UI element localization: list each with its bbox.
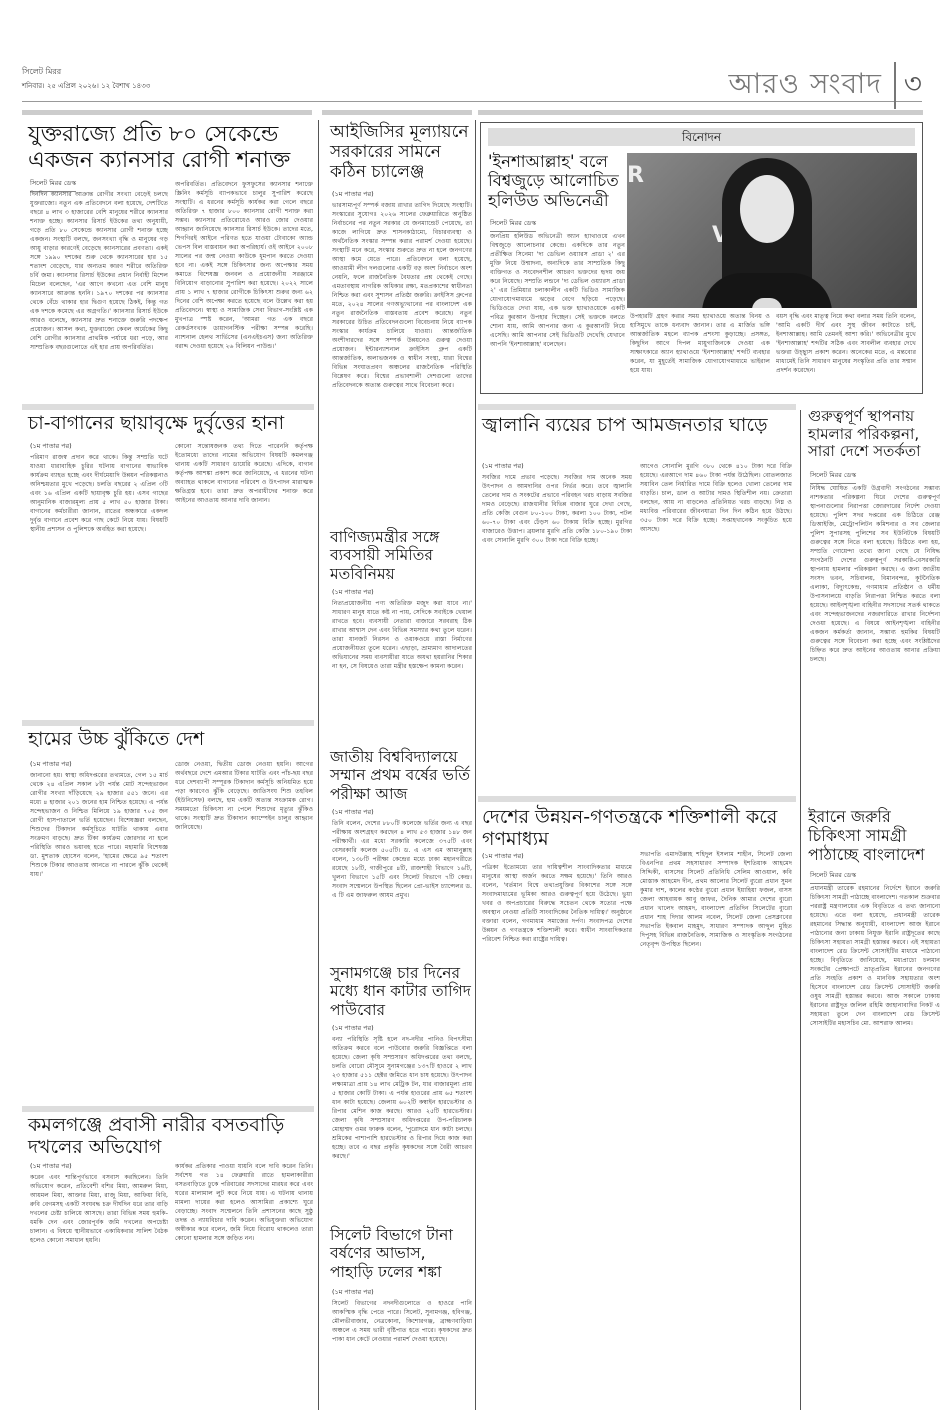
continued-label: (১ম পাতার পর) [482,852,632,861]
headline-sylhet-rain[interactable]: সিলেট বিভাগে টানা বর্ষণের আভাস, পাহাড়ি … [330,1226,472,1281]
article-text: ভারসাম্যপূর্ণ সম্পর্ক বজায় রাখার তাগিদ … [332,201,472,390]
article-body: (১ম পাতার পর) পরিমাণ রাজস্ব প্রদান করে থ… [30,442,168,712]
backdrop-letter: R [627,163,644,188]
continued-label: (১ম পাতার পর) [482,462,632,471]
photo-face [740,175,794,243]
article-body: বয়স বৃদ্ধি এবং মাতৃত্ব নিয়ে কথা বলার স… [776,312,916,392]
article-text: জানানো হয়। স্বাস্থ্য অধিদপ্তরের তথ্যমতে… [30,771,168,879]
masthead: সিলেট মিরর শনিবার। ২৫ এপ্রিল ২০২৬। ১২ বৈ… [22,62,922,102]
divider [322,110,472,115]
article-body: নিষিদ্ধ ঘোষিত একটি উগ্রবাদী সংগঠনের সম্ভ… [810,484,940,794]
headline-tea-garden[interactable]: চা-বাগানের ছায়াবৃক্ষে দুর্বৃত্তের হানা [28,412,318,434]
article-text: নিত্যপ্রয়োজনীয় পণ্য অতিরিক্ত মজুদ করা … [332,599,472,671]
headline-kamalganj[interactable]: কমলগঞ্জে প্রবাসী নারীর বসতবাড়ি দখলের অভ… [28,1114,318,1159]
divider [22,404,314,410]
article-body: প্রধানমন্ত্রী তারেক রহমানের নির্দেশে ইরা… [810,884,940,1409]
article-text: করেন এবং শান্তিপূর্ণভাবে বসবাস করছিলেন। … [30,1173,168,1245]
article-text: সবজির দামে প্রভাব পড়েছে। সবজির দাম অনেক… [482,473,632,545]
article-body: উপহারটি গ্রহণ করার সময় হ্যাথাওয়ে অত্যন… [630,312,770,392]
headline-security[interactable]: গুরুত্বপূর্ণ স্থাপনায় হামলার পরিকল্পনা,… [808,408,943,461]
article-body: (১ম পাতার পর) পত্রিকা ইতোমধ্যে তার দায়ি… [482,852,632,1407]
headline-measles[interactable]: হামের উচ্চ ঝুঁকিতে দেশ [28,728,318,750]
article-text: তিনি বলেন, দেশের ৮৮০টি কলেজে ভর্তির জন্য… [332,819,472,900]
divider [478,110,923,115]
article-body: অপরিবর্তিত। প্রতিবেদনে ফুসফুসের ক্যানসার… [175,180,313,395]
article-text: পত্রিকা ইতোমধ্যে তার দায়িত্বশীল সাংবাদি… [482,863,632,944]
continued-label: (১ম পাতার পর) [332,588,472,597]
divider [478,404,796,410]
divider [22,110,312,115]
date-line: শনিবার। ২৫ এপ্রিল ২০২৬। ১২ বৈশাখ ১৪৩৩ [22,80,150,92]
article-text: বন্যা পরিস্থিতি সৃষ্টি হলে নদ-নদীর পানিও… [332,1035,472,1161]
article-body: (১ম পাতার পর) ভারসাম্যপূর্ণ সম্পর্ক বজায… [332,190,472,510]
headline-iran[interactable]: ইরানে জরুরি চিকিৎসা সামগ্রী পাঠাচ্ছে বাং… [808,808,943,865]
divider [22,1106,314,1112]
headline-national-university[interactable]: জাতীয় বিশ্ববিদ্যালয়ে সম্মান প্রথম বর্ষ… [330,748,472,803]
section-title: আরও সংবাদ [728,62,882,109]
column-rule [800,410,801,1410]
article-body: কোনো সন্তোষজনক তথ্য দিতে পারেননি কর্তৃপক… [175,442,313,712]
article-body: (১ম পাতার পর) বন্যা পরিস্থিতি সৃষ্টি হলে… [332,1024,472,1224]
article-body: (১ম পাতার পর) সবজির দামে প্রভাব পড়েছে। … [482,462,632,772]
headline-igc[interactable]: আইজিসির মূল্যায়নে সরকারের সামনে কঠিন চ্… [330,122,472,182]
continued-label: (১ম পাতার পর) [30,760,168,769]
article-body: (১ম পাতার পর) তিনি বলেন, দেশের ৮৮০টি কলে… [332,808,472,958]
byline: সিলেট মিরর ডেস্ক [810,870,856,884]
article-text: সিলেট বিভাগের নদনদীগুলোতে ও হাওরে পানি আ… [332,1299,472,1344]
headline-fuel[interactable]: জ্বালানি ব্যয়ের চাপ আমজনতার ঘাড়ে [482,414,782,436]
divider [22,720,314,726]
article-body: (১ম পাতার পর) সিলেট বিভাগের নদনদীগুলোতে … [332,1288,472,1408]
headline-commerce[interactable]: বাণিজ্যমন্ত্রীর সঙ্গে ব্যবসায়ী সমিতির ম… [330,528,472,583]
article-body: (১ম পাতার পর) জানানো হয়। স্বাস্থ্য অধিদ… [30,760,168,1100]
continued-label: (১ম পাতার পর) [332,1024,472,1033]
article-body: ডোজ নেওয়া, দ্বিতীয় ডোজ নেওয়া হয়নি। আ… [175,760,313,1100]
actress-photo: R VAN [627,153,917,308]
divider [478,796,796,802]
article-body: (১ম পাতার পর) করেন এবং শান্তিপূর্ণভাবে ব… [30,1162,168,1407]
article-body: (১ম পাতার পর) নিত্যপ্রয়োজনীয় পণ্য অতির… [332,588,472,743]
section-label-entertainment: বিনোদন [488,128,915,146]
article-body: কার্যকর প্রতিকার পাওয়া যায়নি বলে দাবি … [175,1162,313,1407]
article-body: জনপ্রিয় হলিউড অভিনেত্রী অ্যান হ্যাথাওয়… [490,232,625,387]
byline: সিলেট মিরর ডেস্ক [810,470,856,484]
continued-label: (১ম পাতার পর) [30,1162,168,1171]
continued-label: (১ম পাতার পর) [332,1288,472,1297]
headline-entertainment[interactable]: 'ইনশাআল্লাহ' বলে বিশ্বজুড়ে আলোচিত হলিউড… [488,152,628,210]
continued-label: (১ম পাতার পর) [332,190,472,199]
article-body: দিনদিন ক্যানসার আক্রান্ত রোগীর সংখ্যা বে… [30,190,168,395]
continued-label: (১ম পাতার পর) [332,808,472,817]
headline-sunamganj[interactable]: সুনামগঞ্জে চার দিনের মধ্যে ধান কাটার তাগ… [330,964,472,1019]
article-body: সভাপতি এমাদউল্লাহ শহিদুল ইসলাম শাহীন, সি… [640,850,792,1405]
column-rule [318,120,319,1410]
continued-label: (১ম পাতার পর) [30,442,168,451]
paper-name: সিলেট মিরর [22,66,61,79]
article-body: আগেও সোনালি মুরগি ৩৮০ থেকে ৪১০ টাকা দরে … [640,462,792,777]
column-rule [475,120,476,1410]
headline-uk-cancer[interactable]: যুক্তরাজ্যে প্রতি ৮০ সেকেন্ডে একজন ক্যান… [28,122,313,174]
page-number: ৩ [894,62,922,109]
byline: সিলেট মিরর ডেস্ক [490,218,536,232]
headline-media[interactable]: দেশের উন্নয়ন-গণতন্ত্রকে শক্তিশালী করে গ… [482,806,792,851]
article-text: পরিমাণ রাজস্ব প্রদান করে থাকে। কিন্তু সম… [30,453,168,534]
